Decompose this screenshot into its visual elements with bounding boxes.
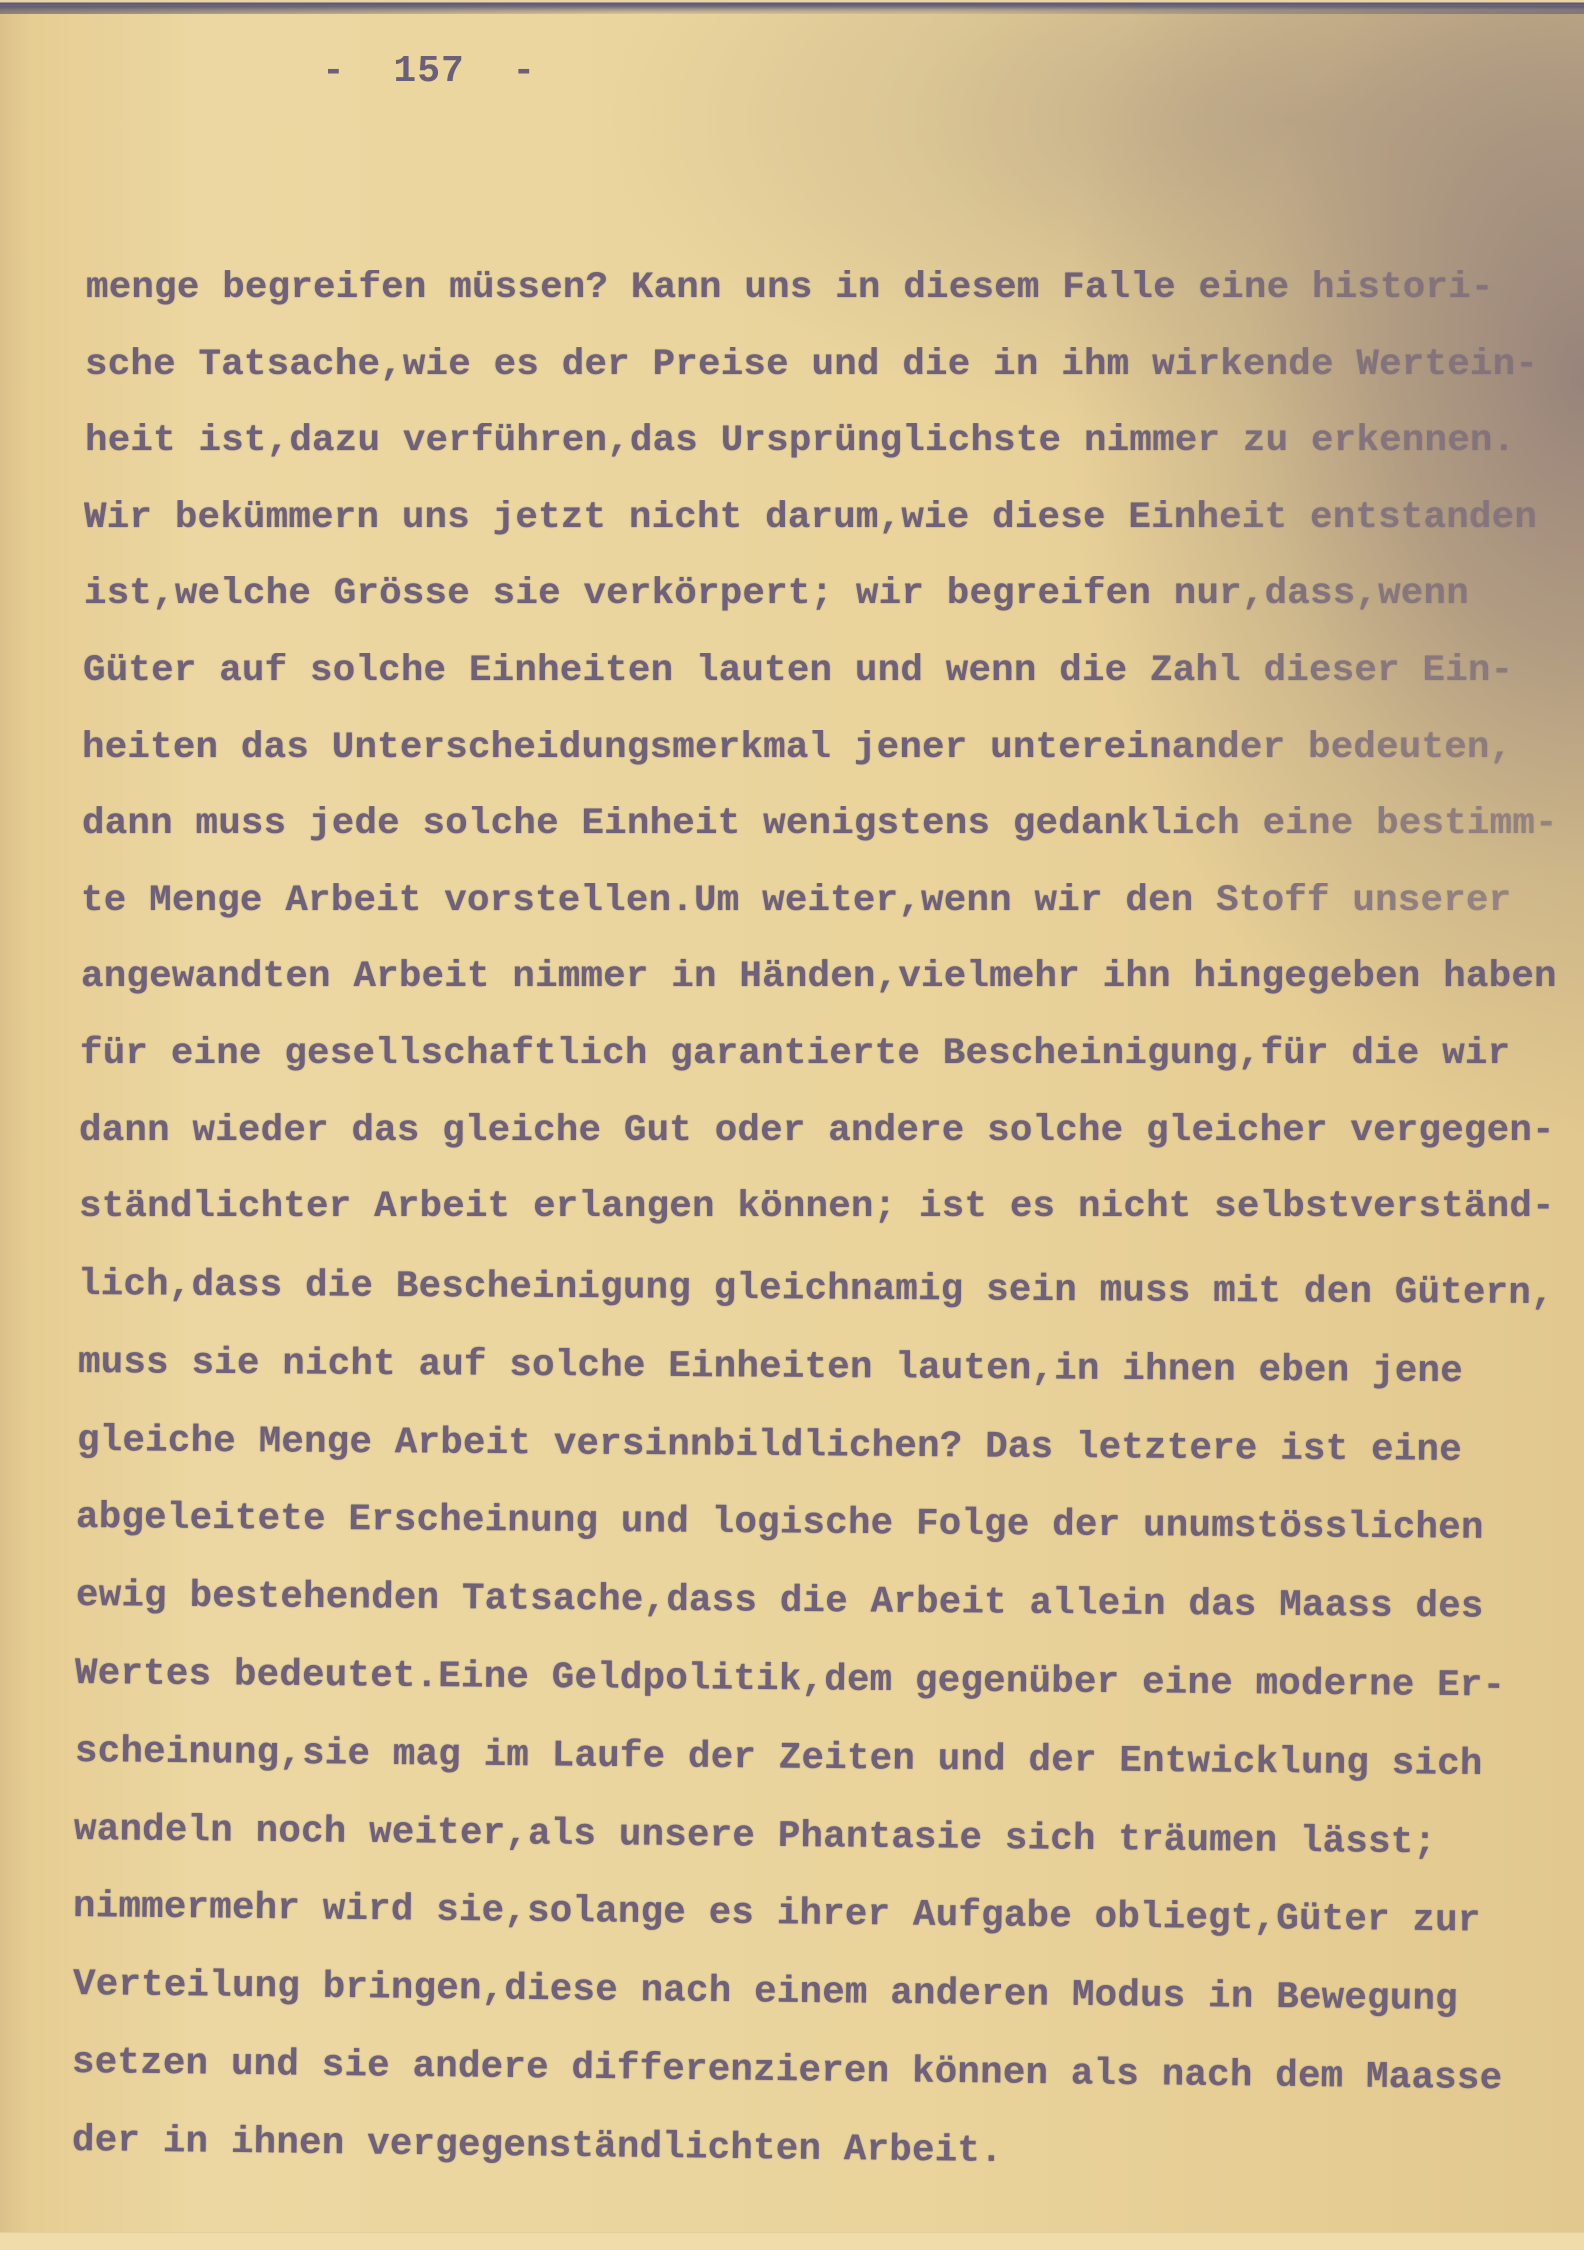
page-bottom-edge <box>0 2232 1584 2250</box>
scanned-page: - 157 - menge begreifen müssen? Kann uns… <box>0 0 1584 2250</box>
text-line: der in ihnen vergegenständlichten Arbeit… <box>72 2123 1003 2172</box>
text-line: ist,welche Grösse sie verkörpert; wir be… <box>84 576 1469 614</box>
text-line: ständlichter Arbeit erlangen können; ist… <box>79 1189 1555 1227</box>
text-line: dann muss jede solche Einheit wenigstens… <box>82 806 1558 844</box>
text-line: angewandten Arbeit nimmer in Händen,viel… <box>81 959 1557 997</box>
text-line: setzen und sie andere differenzieren kön… <box>72 2045 1503 2099</box>
text-line: ewig bestehenden Tatsache,dass die Arbei… <box>76 1578 1484 1627</box>
text-line: dann wieder das gleiche Gut oder andere … <box>79 1113 1555 1151</box>
text-line: heit ist,dazu verführen,das Ursprünglich… <box>85 423 1515 461</box>
text-line: te Menge Arbeit vorstellen.Um weiter,wen… <box>81 883 1511 921</box>
text-line: wandeln noch weiter,als unsere Phantasie… <box>74 1812 1437 1863</box>
text-line: menge begreifen müssen? Kann uns in dies… <box>86 270 1494 308</box>
text-line: Wertes bedeutet.Eine Geldpolitik,dem geg… <box>75 1656 1506 1706</box>
text-line: lich,dass die Bescheinigung gleichnamig … <box>78 1267 1554 1314</box>
text-line: Güter auf solche Einheiten lauten und we… <box>83 653 1513 691</box>
text-line: scheinung,sie mag im Laufe der Zeiten un… <box>75 1734 1483 1785</box>
page-number: - 157 - <box>322 50 536 93</box>
text-line: heiten das Unterscheidungsmerkmal jener … <box>82 730 1512 768</box>
page-top-edge <box>0 0 1584 14</box>
text-line: muss sie nicht auf solche Einheiten laut… <box>78 1345 1463 1392</box>
text-line: Verteilung bringen,diese nach einem ande… <box>73 1967 1458 2019</box>
text-line: gleiche Menge Arbeit versinnbildlichen? … <box>77 1423 1462 1470</box>
text-line: abgeleitete Erscheinung und logische Fol… <box>76 1500 1484 1548</box>
text-line: Wir bekümmern uns jetzt nicht darum,wie … <box>84 500 1537 538</box>
text-line: sche Tatsache,wie es der Preise und die … <box>85 347 1538 385</box>
text-line: nimmermehr wird sie,solange es ihrer Auf… <box>73 1889 1481 1941</box>
text-line: für eine gesellschaftlich garantierte Be… <box>80 1036 1510 1074</box>
